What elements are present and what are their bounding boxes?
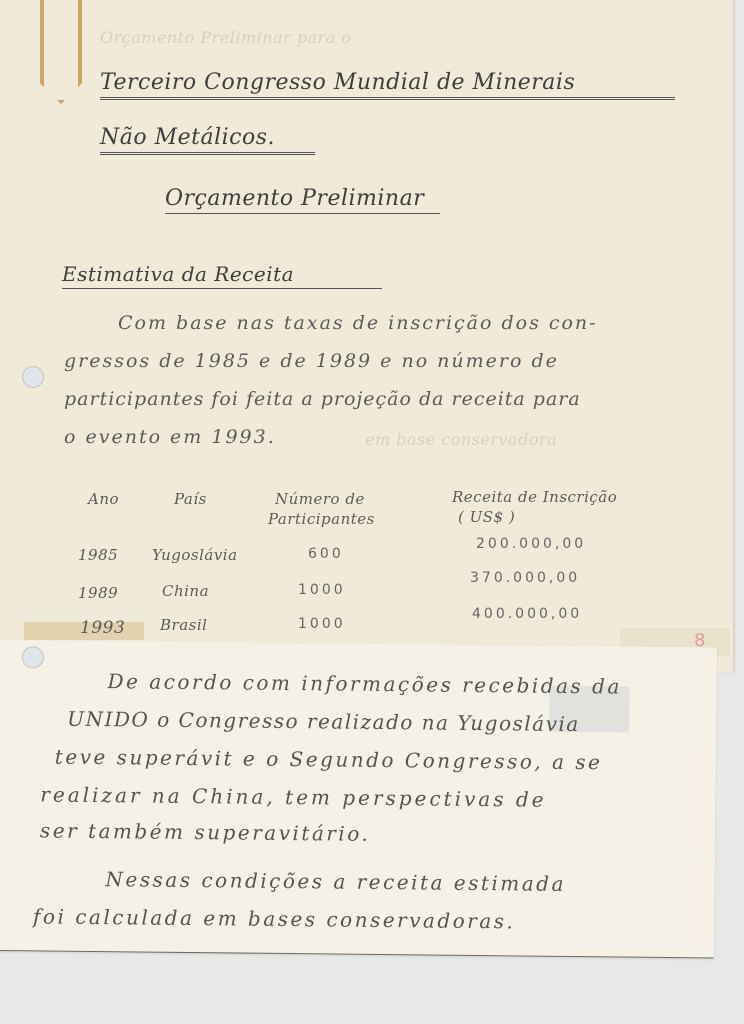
paragraph-line: gressos de 1985 e de 1989 e no número de [64,350,559,372]
header-year: Ano [88,490,119,508]
note-line: ser também superavitário. [40,818,371,845]
header-revenue-2: ( US$ ) [458,508,515,526]
punch-hole [22,366,44,388]
faint-strikeout-text: em base conservadora [365,430,557,449]
paragraph-line: o evento em 1993. [64,426,276,448]
paragraph-line: participantes foi feita a projeção da re… [64,388,581,410]
header-participants-2: Participantes [268,510,375,528]
header-revenue-1: Receita de Inscrição [452,488,617,506]
cell-year: 1993 [80,618,125,638]
paragraph-line: Com base nas taxas de inscrição dos con- [118,312,598,334]
note-line: realizar na China, tem perspectivas de [40,782,546,811]
cell-revenue: 370.000,00 [470,570,580,586]
punch-hole [22,646,44,668]
note-line: teve superávit e o Segundo Congresso, a … [55,745,603,775]
cell-participants: 1000 [298,616,346,632]
title-line-2: Não Metálicos. [100,125,315,155]
paper-clip-stain-icon [40,0,82,104]
cell-participants: 1000 [298,582,346,598]
cell-revenue: 400.000,00 [472,606,582,622]
note-line: UNIDO o Congresso realizado na Yugoslávi… [67,707,580,736]
attached-note: De acordo com informações recebidas da U… [0,640,717,958]
cell-country: Brasil [160,616,207,634]
subtitle: Orçamento Preliminar [165,186,440,214]
cell-country: China [162,582,209,600]
faint-header-text: Orçamento Preliminar para o [100,28,352,47]
header-participants-1: Número de [275,490,365,508]
back-page: Orçamento Preliminar para o Terceiro Con… [0,0,734,672]
cell-country: Yugoslávia [152,546,238,564]
note-line: De acordo com informações recebidas da [107,669,622,698]
cell-year: 1985 [78,546,118,564]
cell-participants: 600 [308,546,344,562]
section-heading: Estimativa da Receita [62,262,382,289]
cell-revenue: 200.000,00 [476,536,586,552]
note-line: Nessas condições a receita estimada [105,867,566,896]
cell-year: 1989 [78,584,118,602]
header-country: País [174,490,207,508]
title-line-1: Terceiro Congresso Mundial de Minerais [100,70,675,100]
note-line: foi calculada em bases conservadoras. [33,904,515,933]
